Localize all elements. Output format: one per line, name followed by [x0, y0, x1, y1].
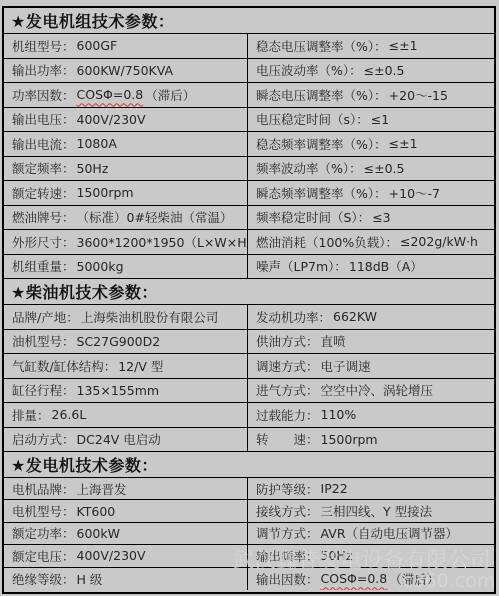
spec-cell-right: 转 速：1500rpm	[248, 428, 494, 452]
spec-value: ≤±0.5	[364, 161, 405, 176]
spec-label: 燃油消耗（100%负载）：	[256, 233, 398, 251]
section: ★发电机组技术参数：机组型号：600GF稳态电压调整率（%）：≤±1输出功率：6…	[4, 8, 494, 279]
spec-row: 额定功率：600kW调节方式：AVR（自动电压调节器）	[4, 523, 494, 545]
spec-cell-right: 频率波动率（%）：≤±0.5	[248, 157, 494, 181]
spec-value: 三相四线、Y 型接法	[321, 502, 433, 520]
spec-value: （滞后）	[389, 570, 439, 588]
spec-cell-right: 噪声（LP7m）：118dB（A）	[248, 255, 494, 279]
spec-label: 输出电压：	[12, 110, 75, 128]
spec-label: 电压稳定时间（s）：	[256, 110, 369, 128]
spec-cell-right: 频率稳定时间（S）：≤3	[248, 206, 494, 230]
spec-label: 机组重量：	[12, 257, 75, 275]
spec-cell-right: 发动机功率：662KW	[248, 305, 494, 329]
spec-value: 1500rpm	[77, 185, 134, 200]
spec-cell-right: 燃油消耗（100%负载）：≤202g/kW·h	[248, 230, 494, 254]
spec-label: 额定频率：	[12, 159, 75, 177]
spec-cell-right: 稳态电压调整率（%）：≤±1	[248, 34, 494, 58]
spec-label: 功率因数：	[12, 86, 75, 104]
spec-row: 功率因数：COSΦ=0.8（滞后）瞬态电压调整率（%）：+20～-15	[4, 83, 494, 108]
spec-cell-left: 额定频率：50Hz	[4, 157, 248, 181]
spec-row: 气缸数/缸体结构：12/V 型调速方式：电子调速	[4, 354, 494, 379]
spec-label: 额定转速：	[12, 184, 75, 202]
section-title: ★发电机组技术参数：	[4, 8, 494, 34]
spec-label: 调速方式：	[256, 357, 319, 375]
spec-cell-right: 供油方式：直喷	[248, 330, 494, 354]
spec-value: 400V/230V	[77, 548, 146, 563]
spec-value: 1080A	[77, 136, 117, 151]
section: ★柴油机技术参数：品牌/产地：上海柴油机股份有限公司发动机功率：662KW油机型…	[4, 279, 494, 452]
spec-cell-left: 缸径行程：135×155mm	[4, 379, 248, 403]
spec-row: 机组型号：600GF稳态电压调整率（%）：≤±1	[4, 34, 494, 59]
spec-cell-left: 外形尺寸：3600*1200*1950（L×W×H mm）	[4, 230, 248, 254]
spec-label: 噪声（LP7m）：	[256, 257, 347, 275]
spec-label: 进气方式：	[256, 381, 319, 399]
spec-value: 600GF	[77, 38, 118, 53]
spec-cell-left: 绝缘等级：H 级	[4, 568, 248, 590]
spec-cell-right: 稳态频率调整率（%）：≤±1	[248, 132, 494, 156]
spec-value: ≤±1	[389, 136, 418, 151]
spec-label: 过载能力：	[256, 406, 319, 424]
spec-value: H 级	[77, 570, 103, 588]
spec-cell-left: 燃油牌号：（标准）0#轻柴油（常温）	[4, 206, 248, 230]
spec-value: 50Hz	[321, 548, 353, 563]
spec-label: 电机型号：	[12, 502, 75, 520]
spec-label: 启动方式：	[12, 430, 75, 448]
spec-value: 600kW	[77, 526, 120, 541]
spec-cell-left: 输出电流：1080A	[4, 132, 248, 156]
spec-label: 绝缘等级：	[12, 570, 75, 588]
spec-cell-right: 电压波动率（%）：≤±0.5	[248, 59, 494, 83]
spec-row: 额定电压：400V/230V输出频率：50Hz	[4, 545, 494, 567]
spec-cell-right: 瞬态频率调整率（%）：+10～-7	[248, 181, 494, 205]
spec-cell-right: 进气方式：空空中冷、涡轮增压	[248, 379, 494, 403]
spec-label: 瞬态频率调整率（%）：	[256, 184, 387, 202]
spec-row: 启动方式：DC24V 电启动转 速：1500rpm	[4, 428, 494, 453]
spec-cell-left: 排量：26.6L	[4, 403, 248, 427]
spec-cell-right: 输出因数：COSΦ=0.8（滞后）	[248, 568, 494, 590]
spec-row: 品牌/产地：上海柴油机股份有限公司发动机功率：662KW	[4, 305, 494, 330]
spec-value: 1500rpm	[321, 432, 378, 447]
spec-value: ≤3	[372, 210, 390, 225]
spec-label: 油机型号：	[12, 332, 75, 350]
spec-cell-left: 额定电压：400V/230V	[4, 545, 248, 566]
spec-row: 排量：26.6L过载能力：110%	[4, 403, 494, 428]
spec-label: 电压波动率（%）：	[256, 61, 362, 79]
spec-row: 额定频率：50Hz频率波动率（%）：≤±0.5	[4, 157, 494, 182]
spec-label: 瞬态电压调整率（%）：	[256, 86, 387, 104]
spec-value: KT600	[77, 504, 116, 519]
spec-label: 外形尺寸：	[12, 233, 75, 251]
spec-label: 品牌/产地：	[12, 308, 79, 326]
spec-cell-left: 机组型号：600GF	[4, 34, 248, 58]
spec-value-wavy: COSΦ=0.8	[321, 571, 388, 586]
spec-value: （滞后）	[145, 86, 195, 104]
spec-cell-right: 防护等级：IP22	[248, 478, 494, 499]
spec-value: 空空中冷、涡轮增压	[321, 381, 434, 399]
spec-value: 662KW	[333, 309, 377, 324]
spec-label: 燃油牌号：	[12, 208, 75, 226]
spec-row: 燃油牌号：（标准）0#轻柴油（常温）频率稳定时间（S）：≤3	[4, 206, 494, 231]
spec-label: 转 速：	[256, 430, 319, 448]
spec-value: 50Hz	[77, 161, 109, 176]
spec-value: +10～-7	[389, 184, 440, 202]
spec-cell-right: 电压稳定时间（s）：≤1	[248, 108, 494, 132]
spec-value: 上海柴油机股份有限公司	[81, 308, 219, 326]
spec-label: 频率稳定时间（S）：	[256, 208, 370, 226]
spec-value: 110%	[321, 407, 357, 422]
page: { "colors": { "background": "#c9c9c9", "…	[0, 0, 499, 596]
spec-value: ≤1	[371, 112, 389, 127]
spec-label: 输出因数：	[256, 570, 319, 588]
spec-value: DC24V 电启动	[77, 430, 161, 448]
spec-value: 电子调速	[321, 357, 371, 375]
spec-cell-left: 油机型号：SC27G900D2	[4, 330, 248, 354]
spec-label: 排量：	[12, 406, 50, 424]
spec-cell-right: 输出频率：50Hz	[248, 545, 494, 566]
spec-value: 直喷	[321, 332, 346, 350]
spec-label: 调节方式：	[256, 524, 319, 542]
spec-label: 发动机功率：	[256, 308, 331, 326]
spec-row: 输出电压：400V/230V电压稳定时间（s）：≤1	[4, 108, 494, 133]
spec-row: 额定转速：1500rpm瞬态频率调整率（%）：+10～-7	[4, 181, 494, 206]
section-title: ★柴油机技术参数：	[4, 279, 494, 305]
section-title: ★发电机技术参数：	[4, 452, 494, 478]
spec-row: 输出功率：600KW/750KVA电压波动率（%）：≤±0.5	[4, 59, 494, 84]
spec-value-wavy: COSΦ=0.8	[77, 87, 144, 102]
spec-cell-right: 瞬态电压调整率（%）：+20～-15	[248, 83, 494, 107]
spec-label: 供油方式：	[256, 332, 319, 350]
spec-value: 上海晋发	[77, 480, 127, 498]
spec-label: 额定功率：	[12, 524, 75, 542]
spec-label: 稳态电压调整率（%）：	[256, 37, 387, 55]
spec-value: ≤±0.5	[364, 63, 405, 78]
section: ★发电机技术参数：电机品牌：上海晋发防护等级：IP22电机型号：KT600接线方…	[4, 452, 494, 590]
spec-cell-left: 气缸数/缸体结构：12/V 型	[4, 354, 248, 378]
spec-cell-left: 电机品牌：上海晋发	[4, 478, 248, 499]
spec-row: 缸径行程：135×155mm进气方式：空空中冷、涡轮增压	[4, 379, 494, 404]
spec-label: 防护等级：	[256, 480, 319, 498]
spec-cell-left: 输出电压：400V/230V	[4, 108, 248, 132]
spec-value: 600KW/750KVA	[77, 63, 174, 78]
spec-cell-left: 品牌/产地：上海柴油机股份有限公司	[4, 305, 248, 329]
spec-cell-left: 额定功率：600kW	[4, 523, 248, 544]
spec-value: IP22	[321, 481, 348, 496]
spec-label: 电机品牌：	[12, 480, 75, 498]
spec-label: 气缸数/缸体结构：	[12, 357, 116, 375]
spec-row: 电机品牌：上海晋发防护等级：IP22	[4, 478, 494, 500]
spec-cell-right: 调节方式：AVR（自动电压调节器）	[248, 523, 494, 544]
spec-cell-left: 额定转速：1500rpm	[4, 181, 248, 205]
spec-value: 26.6L	[52, 407, 87, 422]
spec-table: ★发电机组技术参数：机组型号：600GF稳态电压调整率（%）：≤±1输出功率：6…	[2, 6, 496, 594]
spec-label: 频率波动率（%）：	[256, 159, 362, 177]
spec-value: 5000kg	[77, 259, 124, 274]
spec-cell-right: 接线方式：三相四线、Y 型接法	[248, 500, 494, 521]
spec-value: +20～-15	[389, 86, 448, 104]
spec-row: 输出电流：1080A稳态频率调整率（%）：≤±1	[4, 132, 494, 157]
spec-label: 接线方式：	[256, 502, 319, 520]
spec-cell-left: 输出功率：600KW/750KVA	[4, 59, 248, 83]
spec-row: 电机型号：KT600接线方式：三相四线、Y 型接法	[4, 500, 494, 522]
spec-label: 机组型号：	[12, 37, 75, 55]
spec-value: （标准）0#轻柴油（常温）	[77, 208, 233, 226]
spec-value: 3600*1200*1950（L×W×H mm）	[77, 233, 248, 251]
spec-row: 外形尺寸：3600*1200*1950（L×W×H mm）燃油消耗（100%负载…	[4, 230, 494, 255]
spec-cell-left: 启动方式：DC24V 电启动	[4, 428, 248, 452]
spec-label: 稳态频率调整率（%）：	[256, 135, 387, 153]
spec-value: ≤202g/kW·h	[400, 234, 478, 249]
spec-row: 机组重量：5000kg噪声（LP7m）：118dB（A）	[4, 255, 494, 280]
spec-cell-right: 调速方式：电子调速	[248, 354, 494, 378]
spec-row: 油机型号：SC27G900D2供油方式：直喷	[4, 330, 494, 355]
spec-value: SC27G900D2	[77, 334, 161, 349]
spec-value: AVR（自动电压调节器）	[321, 524, 459, 542]
spec-value: 12/V 型	[118, 357, 163, 375]
spec-value: 135×155mm	[77, 383, 160, 398]
spec-value: 400V/230V	[77, 112, 146, 127]
spec-label: 额定电压：	[12, 547, 75, 565]
spec-label: 缸径行程：	[12, 381, 75, 399]
spec-label: 输出电流：	[12, 135, 75, 153]
spec-cell-left: 功率因数：COSΦ=0.8（滞后）	[4, 83, 248, 107]
spec-cell-left: 机组重量：5000kg	[4, 255, 248, 279]
spec-cell-left: 电机型号：KT600	[4, 500, 248, 521]
spec-cell-right: 过载能力：110%	[248, 403, 494, 427]
spec-value: ≤±1	[389, 38, 418, 53]
spec-value: 118dB（A）	[349, 257, 423, 275]
spec-label: 输出功率：	[12, 61, 75, 79]
spec-row: 绝缘等级：H 级输出因数：COSΦ=0.8（滞后）	[4, 568, 494, 590]
spec-label: 输出频率：	[256, 547, 319, 565]
